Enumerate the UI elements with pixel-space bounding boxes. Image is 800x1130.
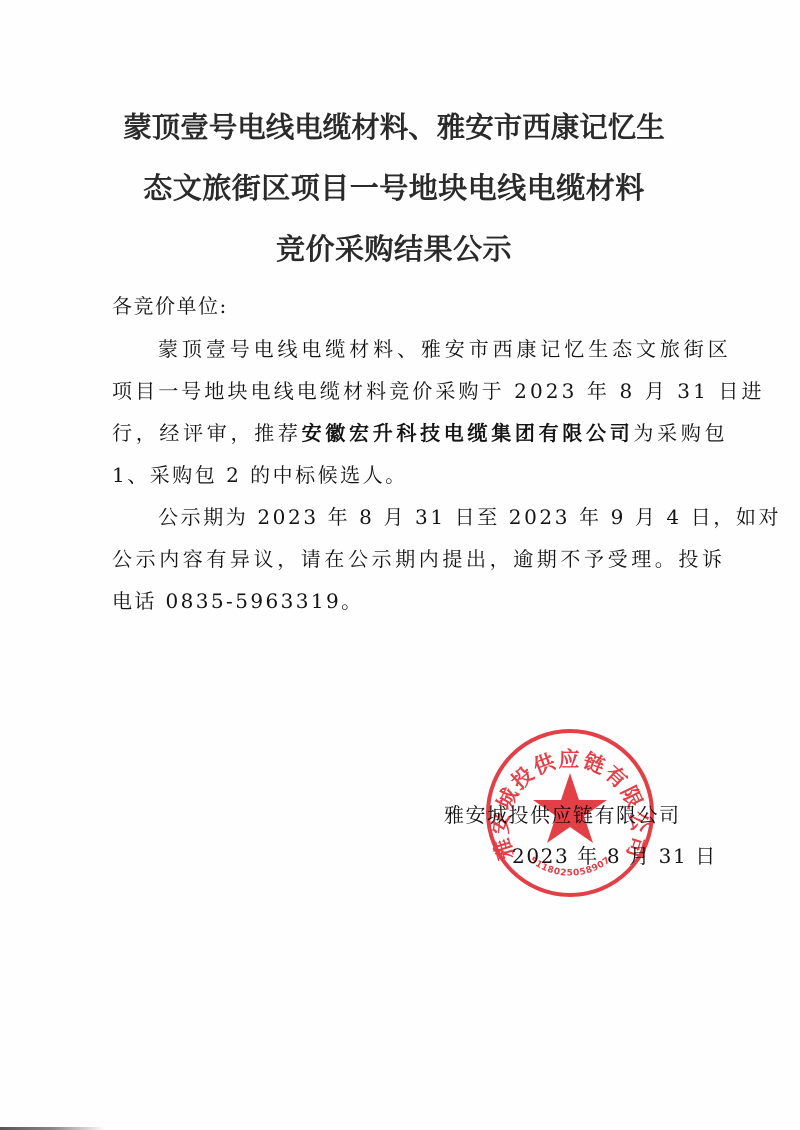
paragraph-1-line-2: 项目一号地块电线电缆材料竞价采购于 2023 年 8 月 31 日进 bbox=[112, 379, 765, 403]
paragraph-2-line-1: 公示期为 2023 年 8 月 31 日至 2023 年 9 月 4 日，如对 bbox=[158, 505, 781, 529]
paragraph-1-line-3-suffix: 为采购包 bbox=[633, 421, 728, 445]
star-icon bbox=[533, 773, 607, 843]
company-seal-stamp: 雅安城投供应链有限公司 5118025058907 bbox=[484, 727, 656, 899]
paragraph-2-line-3: 电话 0835-5963319。 bbox=[112, 589, 364, 613]
salutation: 各竞价单位: bbox=[112, 294, 228, 318]
paragraph-1-line-1: 蒙顶壹号电线电缆材料、雅安市西康记忆生态文旅街区 bbox=[158, 337, 732, 361]
title-line-2: 态文旅街区项目一号地块电线电缆材料 bbox=[100, 171, 688, 205]
paragraph-1-line-4: 1、采购包 2 的中标候选人。 bbox=[112, 463, 408, 487]
stamp-serial: 5118025058907 bbox=[527, 855, 612, 878]
document-page: 蒙顶壹号电线电缆材料、雅安市西康记忆生 态文旅街区项目一号地块电线电缆材料 竞价… bbox=[0, 0, 800, 1130]
svg-text:5118025058907: 5118025058907 bbox=[527, 855, 612, 878]
winning-bidder: 安徽宏升科技电缆集团有限公司 bbox=[302, 421, 634, 445]
title-line-3: 竞价采购结果公示 bbox=[100, 232, 688, 266]
title-line-1: 蒙顶壹号电线电缆材料、雅安市西康记忆生 bbox=[100, 110, 688, 144]
paragraph-1-line-3-prefix: 行，经评审，推荐 bbox=[112, 421, 302, 445]
paragraph-2-line-2: 公示内容有异议，请在公示期内提出，逾期不予受理。投诉 bbox=[112, 547, 726, 571]
paragraph-1-line-3: 行，经评审，推荐安徽宏升科技电缆集团有限公司为采购包 bbox=[112, 421, 728, 445]
